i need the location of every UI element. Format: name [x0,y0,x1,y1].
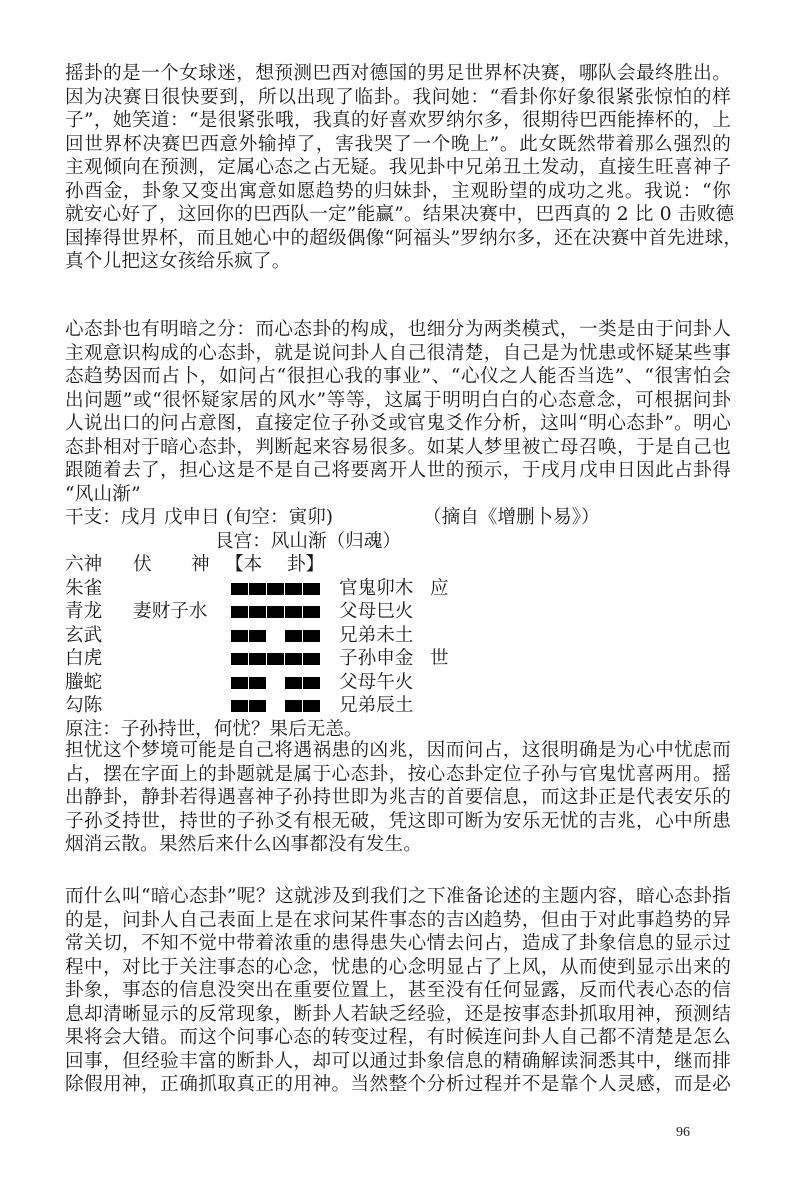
liushen-label: 朱雀 [65,577,102,601]
document-page: 摇卦的是一个女球迷，想预测巴西对德国的男足世界杯决赛，哪队会最终胜出。 因为决赛… [0,0,795,1186]
header-row: 六神 伏 神 【本 卦】 [65,553,745,577]
yao-row-2: 螣蛇 父母午火 [65,671,745,695]
liushen-label: 勾陈 [65,694,102,718]
header-shen: 神 [191,553,210,577]
yao-row-1: 勾陈 兄弟辰土 [65,694,745,718]
yao-label: 父母午火 [339,671,413,695]
text-line: 主观倾向在预测，定属心态之占无疑。我见卦中兄弟丑土发动，直接生旺喜神子 [65,156,731,180]
yao-row-5: 青龙 妻财子水 父母巳火 [65,600,745,624]
text-line: 除假用神，正确抓取真正的用神。当然整个分析过程并不是靠个人灵感，而是必 [65,1073,731,1097]
yao-label: 官鬼卯木 [339,577,413,601]
text-line: 国捧得世界杯，而且她心中的超级偶像“阿福头”罗纳尔多，还在决赛中首先进球， [65,227,731,251]
text-line: 常关切，不知不觉中带着浓重的患得患失心情去问占，造成了卦象信息的显示过 [65,932,731,956]
header-bengua-close: 卦】 [287,553,324,577]
text-line: “风山渐” [65,483,731,507]
yang-line-icon [231,653,321,665]
text-line: 息却清晰显示的反常现象，断卦人若缺乏经验，还是按事态卦抓取用神，预测结 [65,1003,731,1027]
yin-line-icon [231,677,321,689]
text-line: 程中，对比于关注事态的心念，忧患的心念明显占了上风，从而使到显示出来的 [65,956,731,980]
yin-line-icon [231,700,321,712]
ganzhi-row: 干支：戌月 戊申日 (旬空：寅卯) （摘自《增删卜易》） [65,506,745,530]
text-line: 真个儿把这女孩给乐疯了。 [65,250,731,274]
text-line: 出问题”或“很怀疑家居的风水”等等，这属于明明白白的心态意念，可根据问卦 [65,389,731,413]
yao-row-3: 白虎 子孙申金 世 [65,647,745,671]
text-line: 担忧这个梦境可能是自己将遇祸患的凶兆，因而问占，这很明确是为心中忧虑而 [65,739,731,763]
text-line: 回世界杯决赛巴西意外输掉了，害我哭了一个晚上”。此女既然带着那么强烈的 [65,133,731,157]
text-line: 心态卦也有明暗之分：而心态卦的构成，也细分为两类模式，一类是由于问卦人 [65,318,731,342]
text-line: 卦象，事态的信息没突出在重要位置上，甚至没有任何显露，反而代表心态的信 [65,979,731,1003]
yao-label: 兄弟辰土 [339,694,413,718]
note-row: 原注：子孙持世，何忧？果后无恙。 [65,718,745,742]
hexagram-chart: 干支：戌月 戊申日 (旬空：寅卯) （摘自《增删卜易》） 艮宫：风山渐（归魂） … [65,506,745,741]
paragraph-explicit-mindset: 心态卦也有明暗之分：而心态卦的构成，也细分为两类模式，一类是由于问卦人 主观意识… [65,318,731,506]
paragraph-hidden-mindset: 而什么叫“暗心态卦”呢？这就涉及到我们之下准备论述的主题内容，暗心态卦指 的是，… [65,885,731,1097]
text-line: 烟消云散。果然后来什么凶事都没有发生。 [65,833,731,857]
yao-label: 子孙申金 [339,647,413,671]
text-line: 因为决赛日很快要到，所以出现了临卦。我问她：“看卦你好象很紧张惊怕的样 [65,86,731,110]
text-line: 孙酉金，卦象又变出寓意如愿趋势的归妹卦，主观盼望的成功之兆。我说：“你 [65,180,731,204]
yin-line-icon [231,630,321,642]
text-line: 人说出口的问占意图，直接定位子孙爻或官鬼爻作分析，这叫“明心态卦”。明心 [65,412,731,436]
text-line: 子”，她笑道：“是很紧张哦，我真的好喜欢罗纳尔多，很期待巴西能捧杯的，上 [65,109,731,133]
text-line: 主观意识构成的心态卦，就是说问卦人自己很清楚，自己是为忧患或怀疑某些事 [65,342,731,366]
liushen-label: 玄武 [65,624,102,648]
header-bengua-open: 【本 [225,553,262,577]
palace-row: 艮宫：风山渐（归魂） [65,530,745,554]
yao-row-4: 玄武 兄弟未土 [65,624,745,648]
text-line: 跟随着去了，担心这是不是自己将要离开人世的预示，于戌月戊申日因此占卦得 [65,459,731,483]
ganzhi-text: 干支：戌月 戊申日 (旬空：寅卯) [65,506,333,530]
text-line: 而什么叫“暗心态卦”呢？这就涉及到我们之下准备论述的主题内容，暗心态卦指 [65,885,731,909]
shi-marker: 世 [430,647,449,671]
text-line: 就安心好了，这回你的巴西队一定”能赢”。结果决赛中，巴西真的 2 比 0 击败德 [65,203,731,227]
source-citation: （摘自《增删卜易》） [423,506,600,530]
text-line: 态卦相对于暗心态卦，判断起来容易很多。如某人梦里被亡母召唤，于是自己也 [65,436,731,460]
yang-line-icon [231,606,321,618]
yao-row-6: 朱雀 官鬼卯木 应 [65,577,745,601]
page-number: 96 [676,1125,690,1141]
yang-line-icon [231,583,321,595]
text-line: 出静卦，静卦若得遇喜神子孙持世即为兆吉的首要信息，而这卦正是代表安乐的 [65,786,731,810]
text-line: 占，摆在字面上的卦题就是属于心态卦，按心态卦定位子孙与官鬼忧喜两用。摇 [65,763,731,787]
text-line: 果将会大错。而这个问事心态的转变过程，有时候连问卦人自己都不清楚是怎么 [65,1026,731,1050]
paragraph-dream-analysis: 担忧这个梦境可能是自己将遇祸患的凶兆，因而问占，这很明确是为心中忧虑而 占，摆在… [65,739,731,857]
ying-marker: 应 [430,577,449,601]
liushen-label: 白虎 [65,647,102,671]
fushen-label: 妻财子水 [133,600,207,624]
liushen-label: 螣蛇 [65,671,102,695]
text-line: 子孙爻持世，持世的子孙爻有根无破，凭这即可断为安乐无忧的吉兆，心中所患 [65,810,731,834]
text-line: 摇卦的是一个女球迷，想预测巴西对德国的男足世界杯决赛，哪队会最终胜出。 [65,62,731,86]
yao-label: 父母巳火 [339,600,413,624]
text-line: 回事，但经验丰富的断卦人，却可以通过卦象信息的精确解读洞悉其中，继而排 [65,1050,731,1074]
original-note: 原注：子孙持世，何忧？果后无恙。 [65,718,363,742]
text-line: 的是，问卦人自己表面上是在求问某件事态的吉凶趋势，但由于对此事趋势的异 [65,909,731,933]
text-line: 态趋势因而占卜，如问占“很担心我的事业”、“心仪之人能否当选”、“很害怕会 [65,365,731,389]
liushen-label: 青龙 [65,600,102,624]
yao-label: 兄弟未土 [339,624,413,648]
palace-text: 艮宫：风山渐（归魂） [215,530,401,554]
paragraph-football-example: 摇卦的是一个女球迷，想预测巴西对德国的男足世界杯决赛，哪队会最终胜出。 因为决赛… [65,62,731,274]
header-liushen: 六神 [65,553,102,577]
header-fu: 伏 [133,553,152,577]
